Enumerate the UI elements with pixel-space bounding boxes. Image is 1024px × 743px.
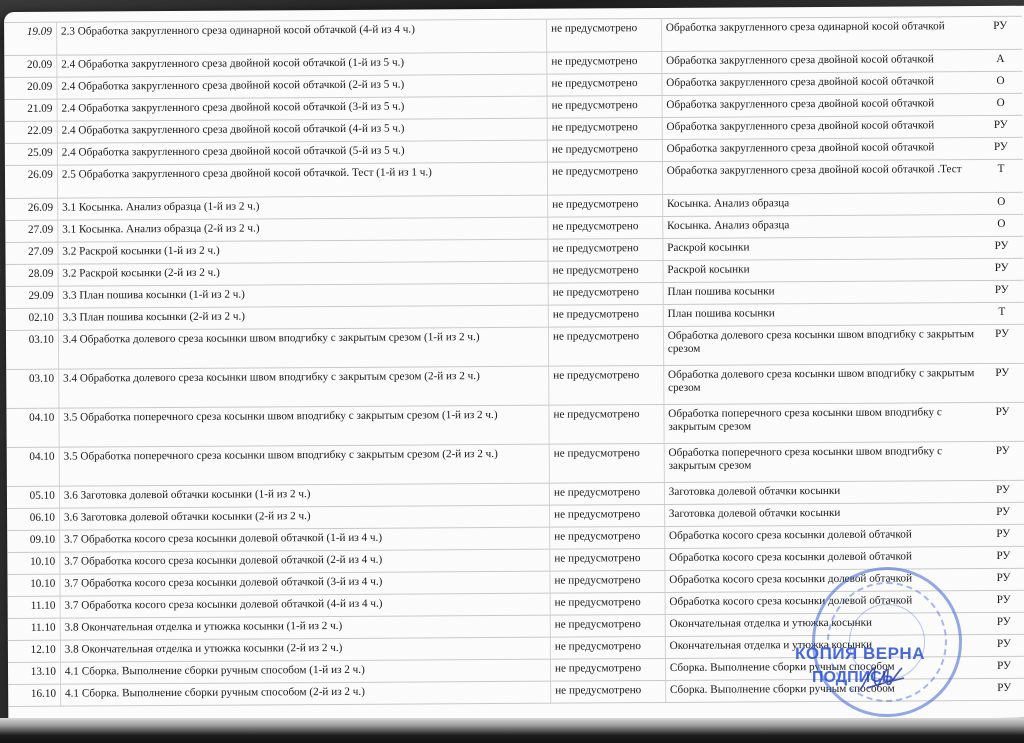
lesson-type: РУ xyxy=(982,590,1024,612)
lesson-topic: 3.3 План пошива косынки (1-й из 2 ч.) xyxy=(58,283,548,308)
lesson-date: 11.10 xyxy=(8,618,60,640)
lesson-date: 06.10 xyxy=(7,508,59,530)
lesson-content: Обработка закругленного среза двойной ко… xyxy=(662,138,979,162)
lab-work-note: не предусмотрено xyxy=(549,404,664,444)
lesson-type: РУ xyxy=(981,480,1024,502)
lab-work-note: не предусмотрено xyxy=(550,548,665,571)
lesson-type: РУ xyxy=(982,612,1024,634)
lesson-topic: 3.5 Обработка поперечного среза косынки … xyxy=(59,444,549,486)
lesson-topic: 3.4 Обработка долевого среза косынки шво… xyxy=(59,366,549,408)
lesson-type: О xyxy=(979,93,1023,115)
lesson-topic: 2.4 Обработка закругленного среза двойно… xyxy=(57,96,547,121)
lesson-type: РУ xyxy=(981,502,1024,524)
lesson-content: Заготовка долевой обтачки косынки xyxy=(664,503,981,527)
lesson-type: Т xyxy=(979,159,1023,192)
lesson-date: 04.10 xyxy=(7,447,60,486)
lesson-date: 10.10 xyxy=(7,552,59,574)
lesson-date: 27.09 xyxy=(5,220,57,242)
lesson-type: А xyxy=(978,49,1022,71)
lab-work-note: не предусмотрено xyxy=(548,238,663,261)
lab-work-note: не предусмотрено xyxy=(549,365,664,405)
lesson-content: Обработка поперечного среза косынки швом… xyxy=(664,442,981,483)
lesson-date: 12.10 xyxy=(8,640,60,662)
lab-work-note: не предусмотрено xyxy=(547,95,662,118)
lesson-date: 20.09 xyxy=(4,77,56,99)
lab-work-note: не предусмотрено xyxy=(550,504,665,527)
lesson-type: РУ xyxy=(982,656,1024,678)
lab-work-note: не предусмотрено xyxy=(548,326,663,366)
lesson-type: РУ xyxy=(982,678,1024,700)
lab-work-note: не предусмотрено xyxy=(550,636,665,659)
lesson-date: 05.10 xyxy=(7,486,59,508)
lesson-topic: 3.5 Обработка поперечного среза косынки … xyxy=(59,405,549,447)
lesson-topic: 3.1 Косынка. Анализ образца (2-й из 2 ч.… xyxy=(58,217,548,242)
lesson-topic: 3.6 Заготовка долевой обтачки косынки (2… xyxy=(59,505,549,530)
lab-work-note: не предусмотрено xyxy=(551,680,666,703)
lesson-content: Обработка закругленного среза одинарной … xyxy=(661,17,978,52)
lesson-topic: 3.4 Обработка долевого среза косынки шво… xyxy=(58,327,548,369)
lesson-date: 25.09 xyxy=(5,143,57,165)
lesson-date: 26.09 xyxy=(5,165,58,198)
lab-work-note: не предусмотрено xyxy=(548,304,663,327)
lesson-content: Обработка закругленного среза двойной ко… xyxy=(662,160,979,195)
lesson-type: О xyxy=(979,192,1023,214)
lesson-topic: 3.3 План пошива косынки (2-й из 2 ч.) xyxy=(58,305,548,330)
lesson-type: РУ xyxy=(980,258,1024,280)
lesson-topic: 3.6 Заготовка долевой обтачки косынки (1… xyxy=(59,483,549,508)
lesson-content: Косынка. Анализ образца xyxy=(662,193,979,217)
lesson-topic: 2.4 Обработка закругленного среза двойно… xyxy=(57,52,547,77)
lab-work-note: не предусмотрено xyxy=(549,443,664,483)
lesson-date: 22.09 xyxy=(5,121,57,143)
lesson-date: 29.09 xyxy=(6,286,58,308)
lesson-content: Раскрой косынки xyxy=(663,259,980,283)
lab-work-note: не предусмотрено xyxy=(547,73,662,96)
lesson-topic: 3.1 Косынка. Анализ образца (1-й из 2 ч.… xyxy=(57,195,547,220)
lesson-type: РУ xyxy=(980,236,1024,258)
lesson-topic: 2.4 Обработка закругленного среза двойно… xyxy=(57,74,547,99)
lesson-content: Сборка. Выполнение сборки ручным способо… xyxy=(665,657,982,681)
lab-work-note: не предусмотрено xyxy=(547,117,662,140)
lesson-type: РУ xyxy=(980,363,1024,402)
lesson-date: 13.10 xyxy=(8,662,60,684)
lesson-topic: 3.2 Раскрой косынки (2-й из 2 ч.) xyxy=(58,261,548,286)
lesson-content: Обработка закругленного среза двойной ко… xyxy=(662,94,979,118)
lesson-topic: 3.8 Окончательная отделка и утюжка косын… xyxy=(60,637,550,662)
lesson-topic: 3.8 Окончательная отделка и утюжка косын… xyxy=(60,615,550,640)
lesson-date: 26.09 xyxy=(5,198,57,220)
table-row: 03.103.4 Обработка долевого среза косынк… xyxy=(6,324,1024,369)
lesson-date: 03.10 xyxy=(6,330,59,369)
photo-background-bottom xyxy=(0,718,1024,743)
lesson-content: Раскрой косынки xyxy=(663,237,980,261)
lesson-content: Обработка закругленного среза двойной ко… xyxy=(662,50,979,74)
lesson-content: Обработка долевого среза косынки швом вп… xyxy=(663,364,980,405)
lesson-content: Косынка. Анализ образца xyxy=(663,215,980,239)
table-row: 04.103.5 Обработка поперечного среза кос… xyxy=(6,402,1024,447)
lesson-date: 19.09 xyxy=(4,22,57,55)
lesson-topic: 3.2 Раскрой косынки (1-й из 2 ч.) xyxy=(58,239,548,264)
lesson-type: РУ xyxy=(981,402,1024,441)
lesson-content: Обработка закругленного среза двойной ко… xyxy=(662,116,979,140)
lab-work-note: не предусмотрено xyxy=(550,570,665,593)
lab-work-note: не предусмотрено xyxy=(547,51,662,74)
lab-work-note: не предусмотрено xyxy=(550,526,665,549)
lesson-content: Обработка косого среза косынки долевой о… xyxy=(665,547,982,571)
lab-work-note: не предусмотрено xyxy=(548,216,663,239)
lesson-topic: 2.4 Обработка закругленного среза двойно… xyxy=(57,140,547,165)
lab-work-note: не предусмотрено xyxy=(549,482,664,505)
lab-work-note: не предусмотрено xyxy=(548,260,663,283)
lab-work-note: не предусмотрено xyxy=(547,161,662,195)
lab-work-note: не предусмотрено xyxy=(548,282,663,305)
lesson-type: Т xyxy=(980,302,1024,324)
lesson-type: РУ xyxy=(981,546,1024,568)
lesson-date: 09.10 xyxy=(7,530,59,552)
lesson-content: Обработка поперечного среза косынки швом… xyxy=(664,403,981,444)
lesson-content: Обработка косого среза косынки долевой о… xyxy=(665,569,982,593)
lesson-type: РУ xyxy=(981,441,1024,480)
table-row: 03.103.4 Обработка долевого среза косынк… xyxy=(6,363,1024,408)
lab-work-note: не предусмотрено xyxy=(548,194,663,217)
lesson-content: Обработка косого среза косынки долевой о… xyxy=(664,525,981,549)
lesson-content: План пошива косынки xyxy=(663,281,980,305)
lesson-topic: 2.4 Обработка закругленного среза двойно… xyxy=(57,118,547,143)
table-row: 04.103.5 Обработка поперечного среза кос… xyxy=(7,441,1024,486)
lab-work-note: не предусмотрено xyxy=(550,614,665,637)
lesson-content: Обработка закругленного среза двойной ко… xyxy=(662,72,979,96)
lesson-content: Окончательная отделка и утюжка косынки xyxy=(665,635,982,659)
lab-work-note: не предусмотрено xyxy=(550,592,665,615)
lesson-topic: 4.1 Сборка. Выполнение сборки ручным спо… xyxy=(60,681,550,706)
lesson-date: 03.10 xyxy=(6,369,59,408)
lesson-date: 11.10 xyxy=(8,596,60,618)
lesson-date: 28.09 xyxy=(6,264,58,286)
lesson-topic: 3.7 Обработка косого среза косынки долев… xyxy=(60,593,550,618)
lesson-content: Сборка. Выполнение сборки ручным способо… xyxy=(665,679,982,703)
lesson-topic: 3.7 Обработка косого среза косынки долев… xyxy=(60,527,550,552)
lesson-schedule-table: 19.092.3 Обработка закругленного среза о… xyxy=(4,16,1024,707)
lab-work-note: не предусмотрено xyxy=(547,139,662,162)
lab-work-note: не предусмотрено xyxy=(547,18,662,52)
lesson-date: 02.10 xyxy=(6,308,58,330)
lesson-date: 20.09 xyxy=(4,55,56,77)
lesson-date: 04.10 xyxy=(6,408,59,447)
lesson-date: 27.09 xyxy=(5,242,57,264)
lesson-date: 21.09 xyxy=(5,99,57,121)
lesson-type: РУ xyxy=(982,634,1024,656)
lesson-content: Обработка долевого среза косынки швом вп… xyxy=(663,325,980,366)
lesson-type: О xyxy=(979,214,1023,236)
lesson-topic: 2.3 Обработка закругленного среза одинар… xyxy=(56,19,546,55)
lesson-topic: 3.7 Обработка косого среза косынки долев… xyxy=(60,549,550,574)
lesson-topic: 3.7 Обработка косого среза косынки долев… xyxy=(60,571,550,596)
lesson-date: 16.10 xyxy=(8,684,60,706)
lesson-topic: 2.5 Обработка закругленного среза двойно… xyxy=(57,162,547,198)
lesson-type: РУ xyxy=(978,16,1022,49)
lesson-type: РУ xyxy=(979,115,1023,137)
lesson-content: Заготовка долевой обтачки косынки xyxy=(664,481,981,505)
lesson-topic: 4.1 Сборка. Выполнение сборки ручным спо… xyxy=(60,659,550,684)
lesson-content: Обработка косого среза косынки долевой о… xyxy=(665,591,982,615)
document-page: 19.092.3 Обработка закругленного среза о… xyxy=(4,6,1024,724)
lesson-content: План пошива косынки xyxy=(663,303,980,327)
lesson-type: РУ xyxy=(982,568,1024,590)
lesson-type: РУ xyxy=(980,280,1024,302)
lesson-type: РУ xyxy=(980,324,1024,363)
lesson-type: О xyxy=(979,71,1023,93)
lesson-content: Окончательная отделка и утюжка косынки xyxy=(665,613,982,637)
lesson-type: РУ xyxy=(981,524,1024,546)
lab-work-note: не предусмотрено xyxy=(550,658,665,681)
lesson-type: РУ xyxy=(979,137,1023,159)
lesson-date: 10.10 xyxy=(7,574,59,596)
